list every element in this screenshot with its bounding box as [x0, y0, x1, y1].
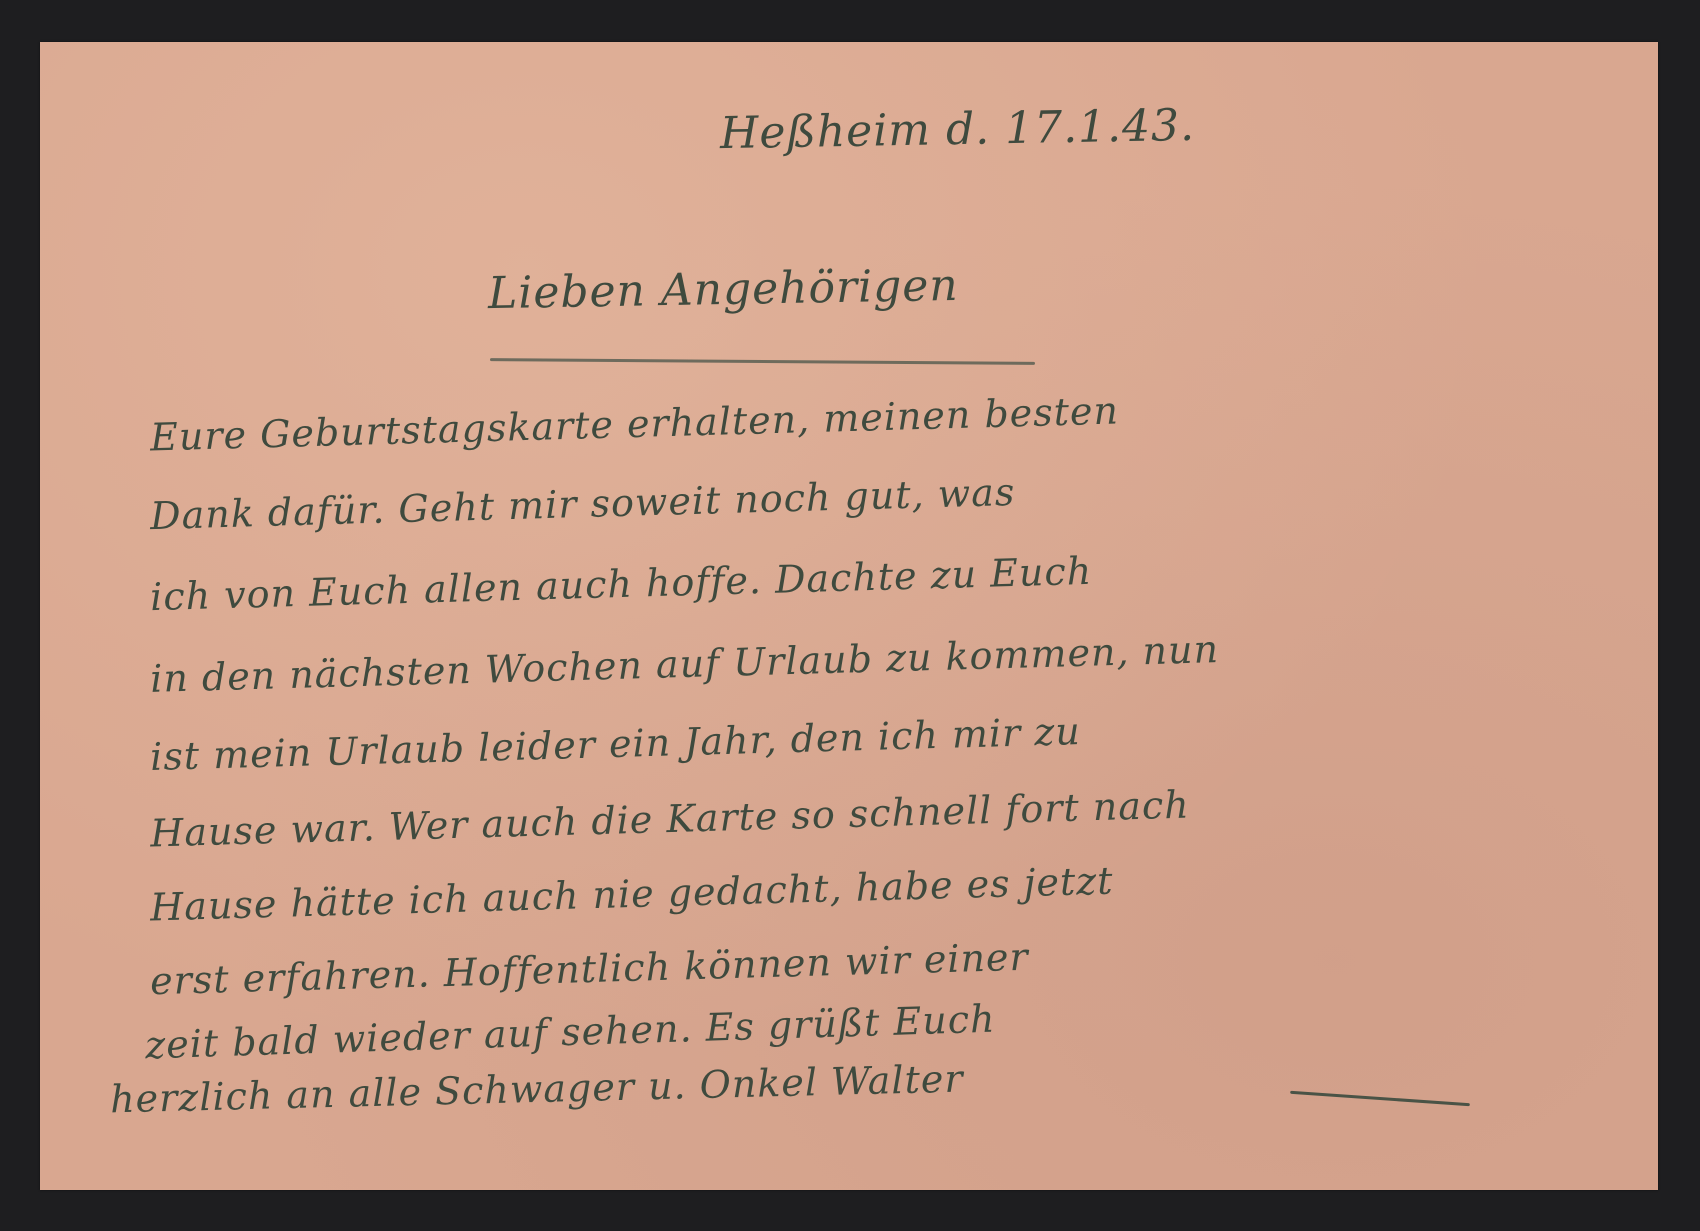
postcard: Heßheim d. 17.1.43. Lieben Angehörigen E… [40, 42, 1658, 1190]
body-line: Eure Geburtstagskarte erhalten, meinen b… [150, 388, 1120, 459]
body-line: in den nächsten Wochen auf Urlaub zu kom… [150, 627, 1220, 701]
dateline: Heßheim d. 17.1.43. [720, 100, 1196, 159]
signature-flourish [1290, 1091, 1470, 1107]
body-line: Dank dafür. Geht mir soweit noch gut, wa… [150, 470, 1016, 538]
body-line: erst erfahren. Hoffentlich können wir ei… [150, 935, 1030, 1004]
scan-background: Heßheim d. 17.1.43. Lieben Angehörigen E… [0, 0, 1700, 1231]
body-line: Hause war. Wer auch die Karte so schnell… [150, 782, 1191, 855]
body-line: ist mein Urlaub leider ein Jahr, den ich… [150, 709, 1082, 779]
signature-line: herzlich an alle Schwager u. Onkel Walte… [110, 1057, 964, 1122]
body-line: zeit bald wieder auf sehen. Es grüßt Euc… [145, 997, 997, 1068]
body-line: ich von Euch allen auch hoffe. Dachte zu… [150, 549, 1093, 619]
body-line: Hause hätte ich auch nie gedacht, habe e… [150, 859, 1114, 930]
greeting-underline [490, 358, 1035, 365]
greeting: Lieben Angehörigen [488, 260, 959, 319]
